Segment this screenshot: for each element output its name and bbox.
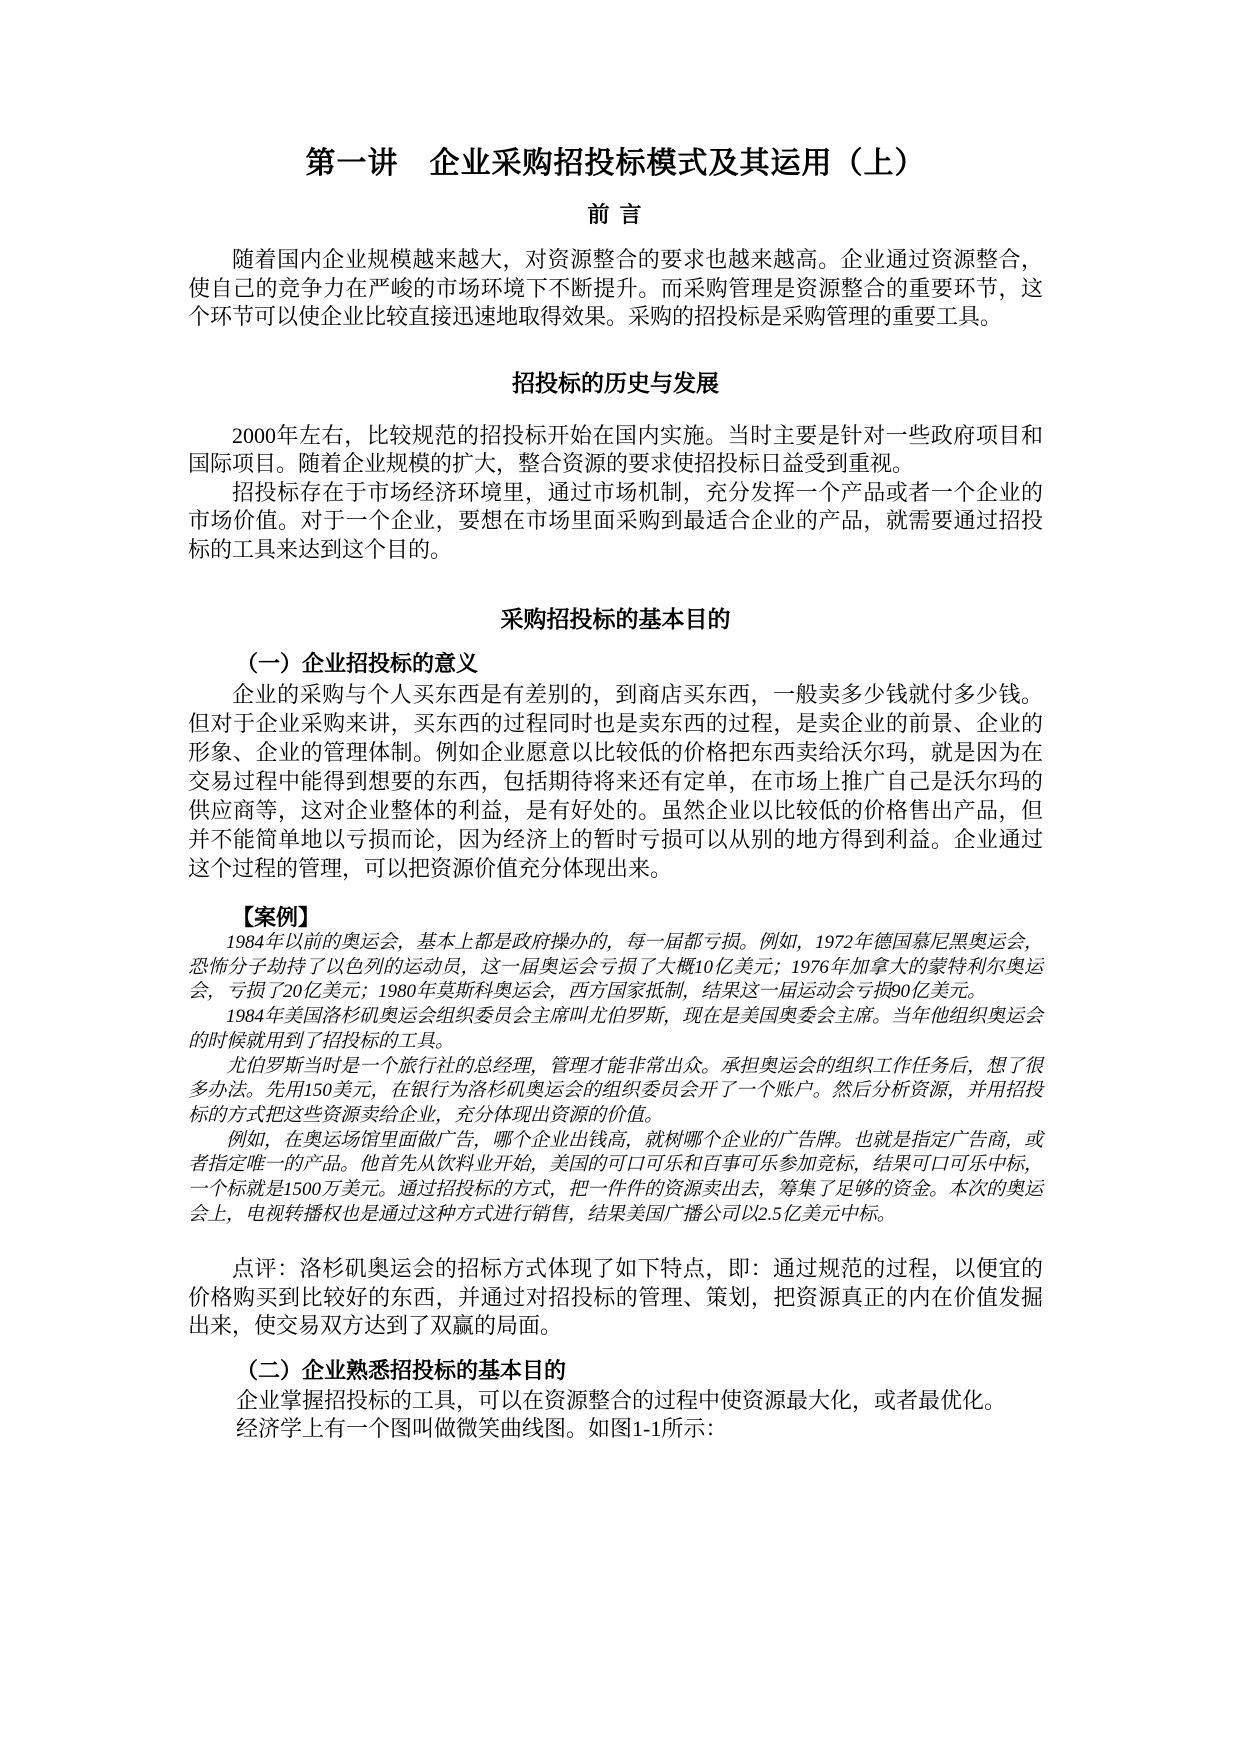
subheading-basic-purpose: （二）企业熟悉招投标的基本目的 bbox=[188, 1357, 1043, 1385]
subheading-meaning: （一）企业招投标的意义 bbox=[188, 650, 1043, 678]
section-heading-purpose: 采购招投标的基本目的 bbox=[188, 604, 1043, 634]
document-page: 第一讲 企业采购招投标模式及其运用（上） 前 言 随着国内企业规模越来越大，对资… bbox=[0, 0, 1241, 1755]
case-paragraph-4: 例如，在奥运场馆里面做广告，哪个企业出钱高，就树哪个企业的广告牌。也就是指定广告… bbox=[188, 1129, 1043, 1228]
case-paragraph-1: 1984年以前的奥运会，基本上都是政府操办的，每一届都亏损。例如，1972年德国… bbox=[188, 931, 1043, 1005]
meaning-paragraph: 企业的采购与个人买东西是有差别的，到商店买东西，一般卖多少钱就付多少钱。但对于企… bbox=[188, 680, 1043, 883]
case-paragraph-2: 1984年美国洛杉矶奥运会组织委员会主席叫尤伯罗斯，现在是美国奥委会主席。当年他… bbox=[188, 1005, 1043, 1054]
section-heading-history: 招投标的历史与发展 bbox=[188, 368, 1043, 398]
basic-purpose-paragraph-2: 经济学上有一个图叫做微笑曲线图。如图1-1所示： bbox=[188, 1415, 1043, 1444]
basic-purpose-paragraph-1: 企业掌握招投标的工具，可以在资源整合的过程中使资源最大化，或者最优化。 bbox=[188, 1387, 1043, 1416]
history-paragraph-1: 2000年左右，比较规范的招投标开始在国内实施。当时主要是针对一些政府项目和国际… bbox=[188, 422, 1043, 479]
history-paragraph-2: 招投标存在于市场经济环境里，通过市场机制，充分发挥一个产品或者一个企业的市场价值… bbox=[188, 479, 1043, 565]
document-title: 第一讲 企业采购招投标模式及其运用（上） bbox=[188, 142, 1043, 186]
preface-heading: 前 言 bbox=[188, 200, 1043, 230]
case-label: 【案例】 bbox=[188, 905, 1043, 931]
preface-paragraph: 随着国内企业规模越来越大，对资源整合的要求也越来越高。企业通过资源整合，使自己的… bbox=[188, 246, 1043, 332]
case-paragraph-3: 尤伯罗斯当时是一个旅行社的总经理，管理才能非常出众。承担奥运会的组织工作任务后，… bbox=[188, 1055, 1043, 1129]
comment-paragraph: 点评：洛杉矶奥运会的招标方式体现了如下特点，即：通过规范的过程，以便宜的价格购买… bbox=[188, 1255, 1043, 1341]
